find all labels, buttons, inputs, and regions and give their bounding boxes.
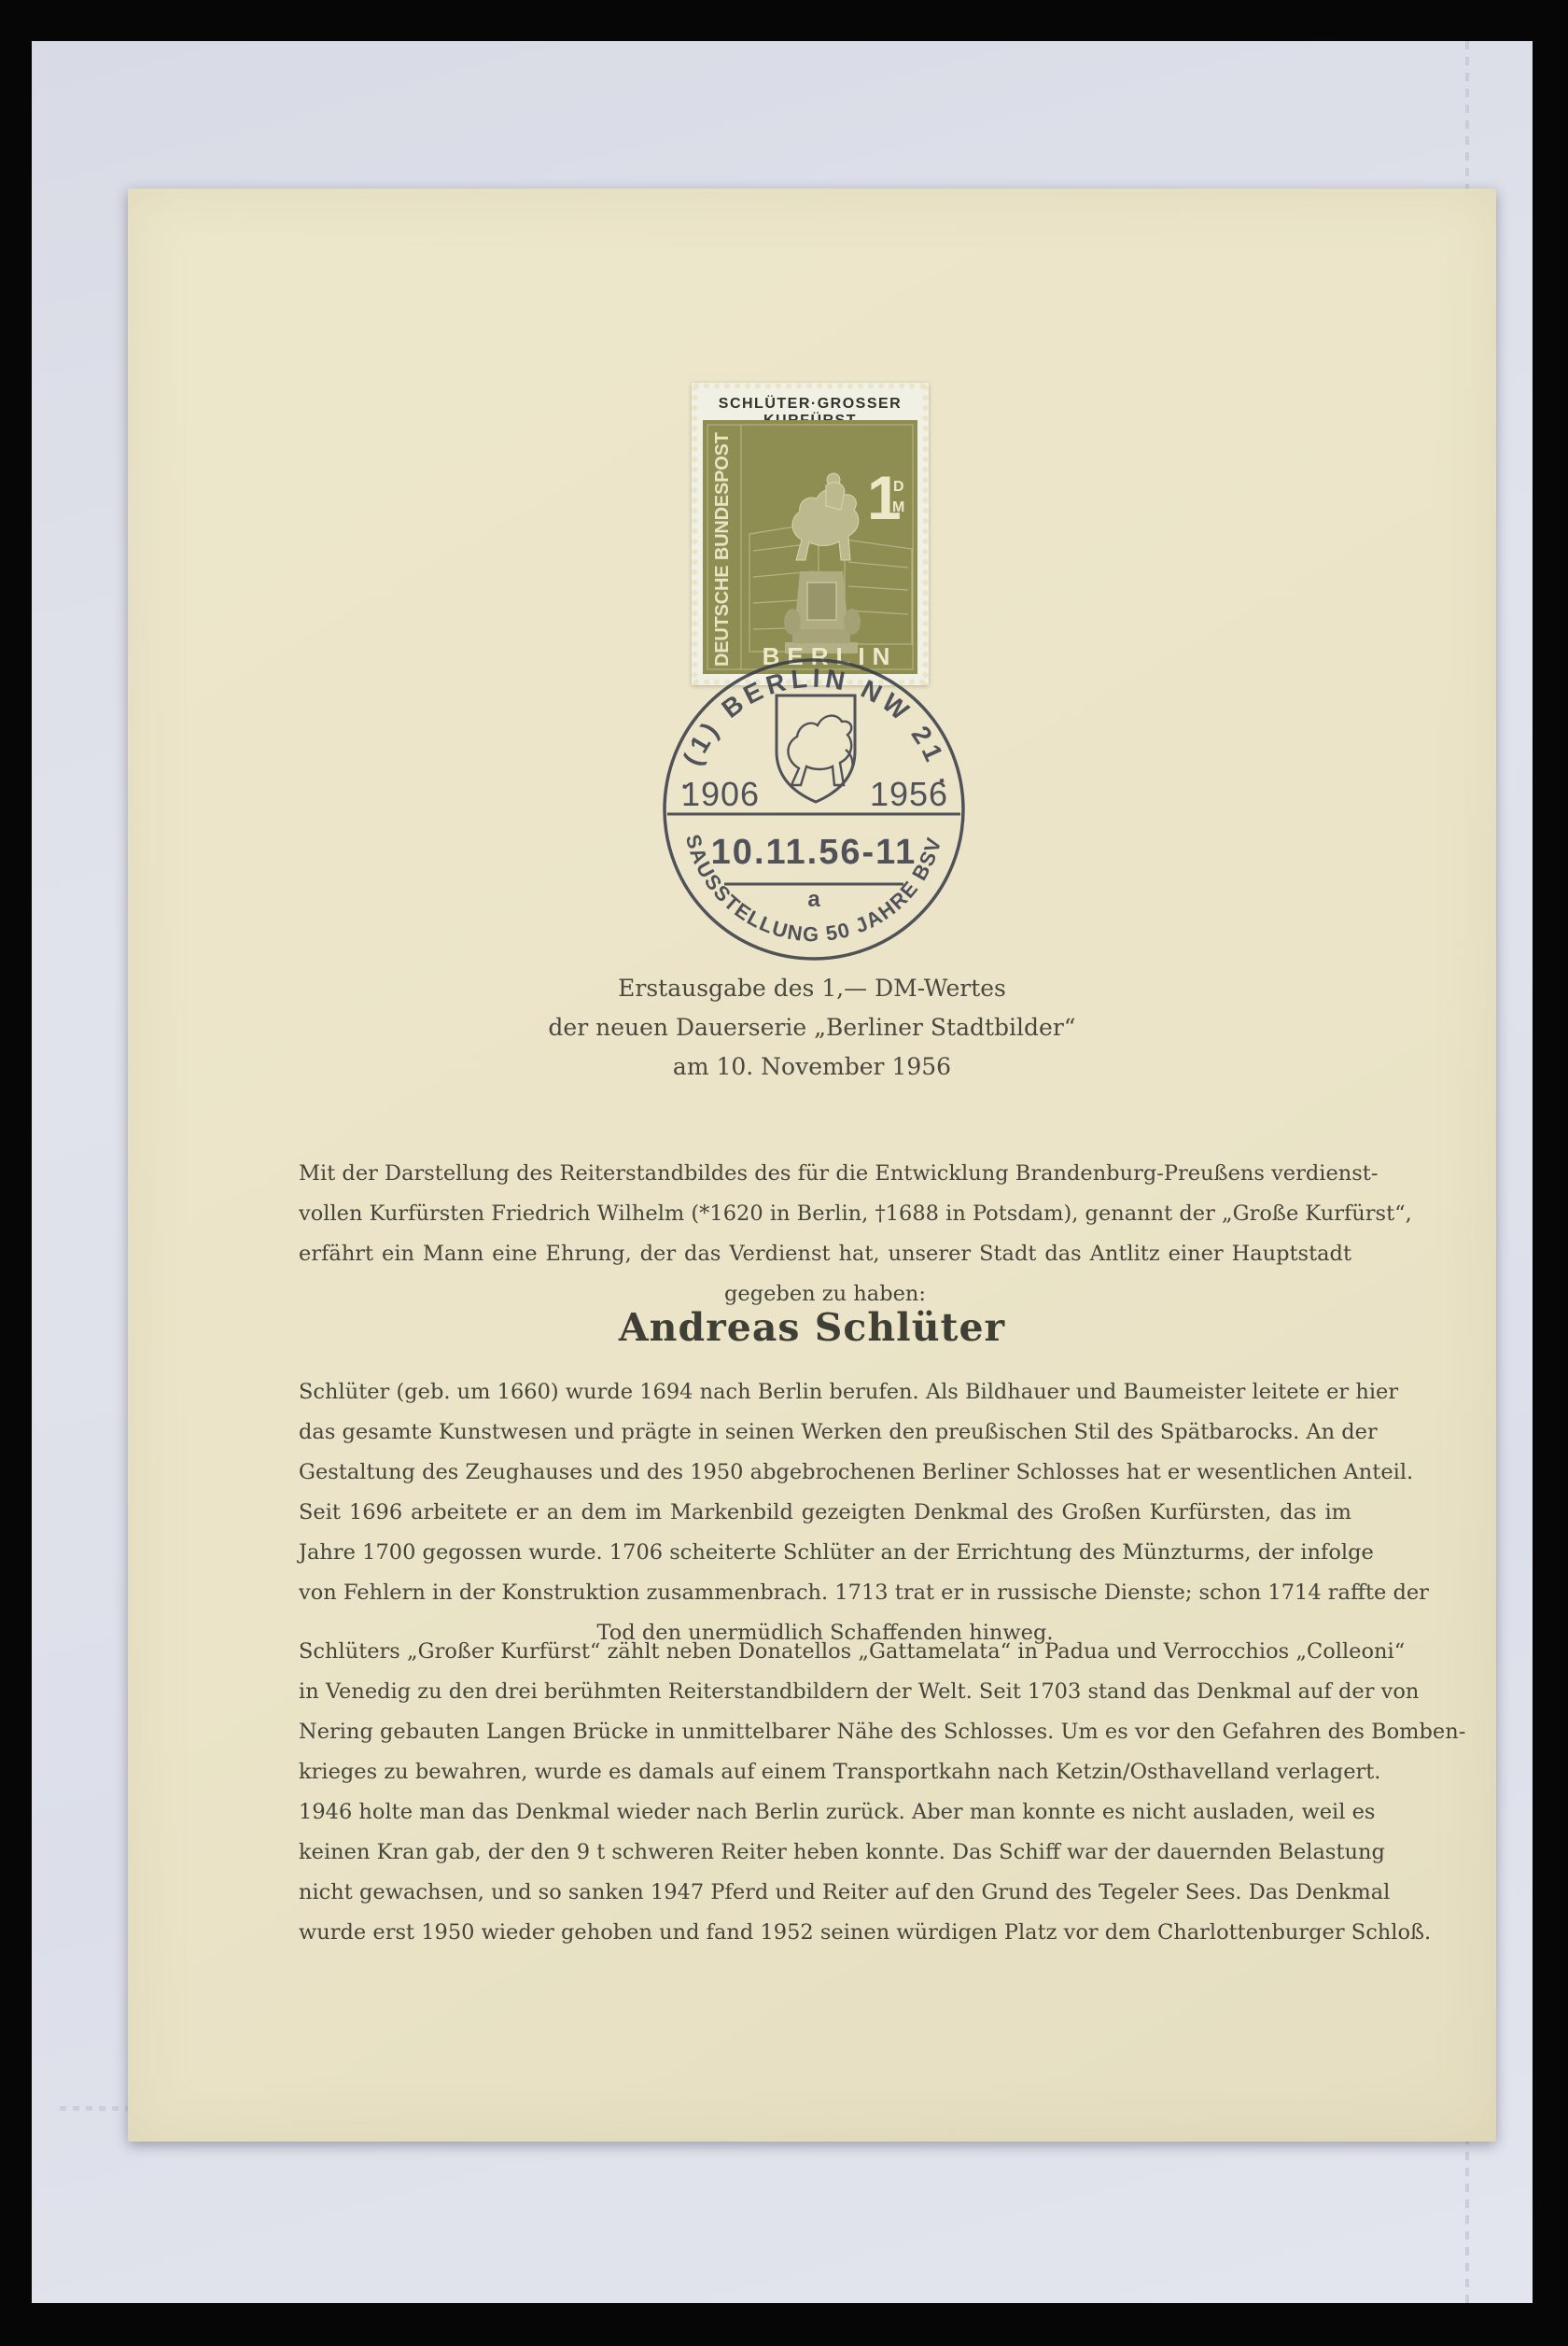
stamp-perforation-top: [692, 383, 929, 389]
intro-paragraph: Mit der Darstellung des Reiterstandbilde…: [299, 1154, 1351, 1314]
monument-history-paragraph: Schlüters „Großer Kurfürst“ zählt neben …: [299, 1632, 1351, 1953]
stamp-perforation-left: [692, 383, 698, 685]
text-line: 1946 holte man das Denkmal wieder nach B…: [299, 1792, 1351, 1833]
postmark-year-right: 1956: [870, 775, 948, 813]
text-line: Jahre 1700 gegossen wurde. 1706 scheiter…: [299, 1533, 1351, 1573]
horse-shield-emblem: [777, 695, 855, 802]
text-line: Schlüter (geb. um 1660) wurde 1694 nach …: [299, 1372, 1351, 1412]
postmark-top-arc-text: · (1) BERLIN NW 21 ·: [670, 663, 959, 793]
text-line: am 10. November 1956: [128, 1047, 1496, 1087]
first-issue-caption: Erstausgabe des 1,— DM-Wertes der neuen …: [128, 969, 1496, 1087]
text-line: Seit 1696 arbeitete er an dem im Markenb…: [299, 1493, 1351, 1533]
text-line: keinen Kran gab, der den 9 t schweren Re…: [299, 1833, 1351, 1873]
text-line: in Venedig zu den drei berühmten Reiters…: [299, 1672, 1351, 1712]
text-line: wurde erst 1950 wieder gehoben und fand …: [299, 1913, 1351, 1953]
stamp-design: DEUTSCHE BUNDESPOST: [703, 420, 917, 674]
postmark-index-letter: a: [807, 887, 820, 912]
page-title: Andreas Schlüter: [128, 1305, 1496, 1350]
text-line: Gestaltung des Zeughauses und des 1950 a…: [299, 1453, 1351, 1493]
text-line: das gesamte Kunstwesen und prägte in sei…: [299, 1412, 1351, 1453]
stamp-currency-m: M: [892, 499, 904, 515]
text-line: erfährt ein Mann eine Ehrung, der das Ve…: [299, 1234, 1351, 1274]
text-line: Erstausgabe des 1,— DM-Wertes: [128, 969, 1496, 1008]
postmark: · (1) BERLIN NW 21 · JUBILÄUMSAUSSTELLUN…: [655, 651, 973, 968]
stamp-denomination: 1: [867, 463, 902, 532]
postage-stamp: SCHLÜTER·GROSSER KURFÜRST DEUTSCHE BUNDE…: [692, 383, 929, 685]
stamp-currency-d: D: [893, 479, 904, 495]
biography-paragraph: Schlüter (geb. um 1660) wurde 1694 nach …: [299, 1372, 1351, 1653]
text-line: der neuen Dauerserie „Berliner Stadtbild…: [128, 1008, 1496, 1047]
text-line: nicht gewachsen, und so sanken 1947 Pfer…: [299, 1873, 1351, 1913]
album-page: SCHLÜTER·GROSSER KURFÜRST DEUTSCHE BUNDE…: [128, 189, 1496, 2142]
text-line: von Fehlern in der Konstruktion zusammen…: [299, 1573, 1351, 1613]
text-line: krieges zu bewahren, wurde es damals auf…: [299, 1752, 1351, 1792]
postmark-year-left: 1906: [681, 775, 760, 813]
text-line: Mit der Darstellung des Reiterstandbilde…: [299, 1154, 1351, 1194]
postmark-date: 10.11.56-11: [711, 833, 917, 872]
stamp-left-label: DEUTSCHE BUNDESPOST: [712, 431, 733, 667]
text-line: Schlüters „Großer Kurfürst“ zählt neben …: [299, 1632, 1351, 1672]
text-line: vollen Kurfürsten Friedrich Wilhelm (*16…: [299, 1194, 1351, 1234]
svg-text:· (1) BERLIN NW 21 ·: · (1) BERLIN NW 21 ·: [670, 663, 959, 793]
text-line: Nering gebauten Langen Brücke in unmitte…: [299, 1712, 1351, 1752]
photo-background: SCHLÜTER·GROSSER KURFÜRST DEUTSCHE BUNDE…: [0, 0, 1568, 2346]
plastic-sleeve: SCHLÜTER·GROSSER KURFÜRST DEUTSCHE BUNDE…: [32, 41, 1533, 2303]
stamp-perforation-right: [922, 383, 929, 685]
